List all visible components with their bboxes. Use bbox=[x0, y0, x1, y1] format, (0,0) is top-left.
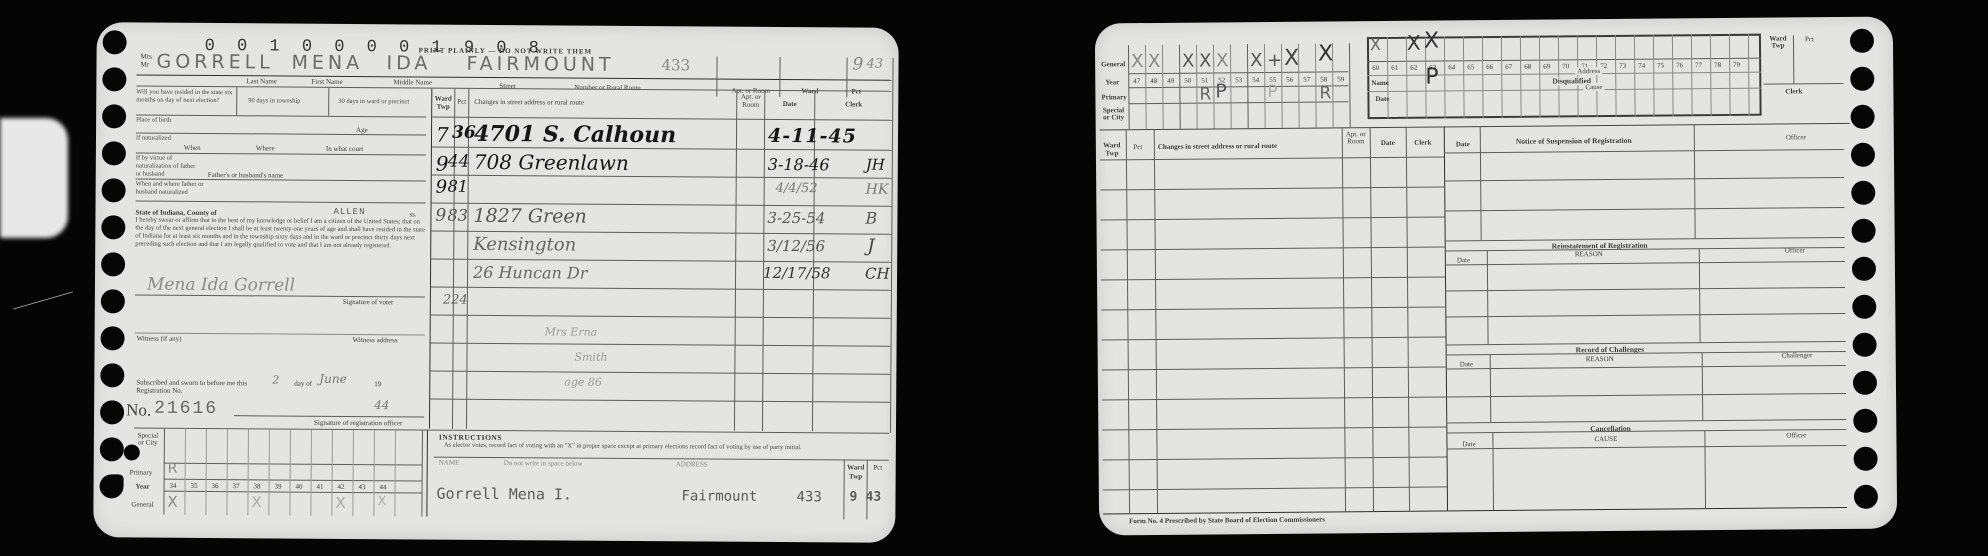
scanner-glare bbox=[0, 118, 68, 238]
pct-value: 43 bbox=[866, 57, 883, 72]
col-header-pct: Pct bbox=[455, 98, 468, 106]
faint-note: Mrs Erna bbox=[545, 325, 598, 338]
subscribed-month: June bbox=[319, 372, 346, 386]
general-mark: X bbox=[377, 494, 386, 509]
grid-label-primary: Primary bbox=[130, 468, 153, 476]
col-header-ward: Ward Twp bbox=[1100, 141, 1124, 157]
subscribed-year: 44 bbox=[374, 398, 389, 412]
punch-hole bbox=[101, 215, 125, 239]
registration-prefix: No. bbox=[126, 400, 151, 420]
future-grid-mark: X bbox=[1407, 31, 1421, 55]
primary-mark: R bbox=[168, 461, 178, 477]
footer-ward-label: Ward Twp bbox=[845, 463, 867, 481]
suspension-date-header: Date bbox=[1456, 140, 1470, 148]
suspension-officer-header: Officer bbox=[1786, 133, 1806, 141]
future-grid-mark: X bbox=[1370, 35, 1381, 54]
footer-name-hint: Do not write in space below bbox=[504, 459, 583, 468]
footer-pct-label: Pct bbox=[868, 464, 888, 472]
general-mark: X bbox=[167, 493, 177, 511]
punch-hole bbox=[1853, 409, 1877, 433]
first-name-value: MENA bbox=[291, 52, 363, 74]
table-row: 9 81 4/4/52 HK bbox=[97, 22, 899, 28]
punch-hole bbox=[1851, 105, 1875, 129]
punch-hole bbox=[102, 141, 126, 165]
typed-pct: 43 bbox=[865, 490, 881, 505]
place-of-birth-label: Place of birth bbox=[136, 116, 176, 124]
challenges-date-header: Date bbox=[1460, 360, 1473, 368]
residency-township: 90 days in township bbox=[248, 97, 308, 105]
punch-hole bbox=[100, 400, 124, 424]
registration-number: 21616 bbox=[154, 399, 218, 419]
punch-hole-small bbox=[124, 444, 140, 460]
col-header-address: Changes in street address or rural route bbox=[474, 98, 584, 107]
faint-note: age 86 bbox=[564, 375, 602, 388]
form-footer: Form No. 4 Prescribed by State Board of … bbox=[1129, 516, 1325, 526]
residency-question: Will you have resided in the state six m… bbox=[136, 88, 236, 105]
punch-hole bbox=[101, 252, 125, 276]
cancellation-officer-header: Officer bbox=[1786, 431, 1806, 439]
reinstatement-date-header: Date bbox=[1457, 256, 1470, 264]
cancellation-cause-header: CAUSE bbox=[1594, 435, 1617, 443]
grid-label-special: Special or City bbox=[134, 432, 162, 446]
col-header-ward: Ward Twp bbox=[432, 95, 454, 111]
punch-hole bbox=[100, 437, 124, 461]
typed-ward: 9 bbox=[849, 489, 857, 504]
grid-label-general: General bbox=[1101, 60, 1125, 68]
house-number-value: 433 bbox=[661, 56, 690, 74]
table-row: 7 36 4701 S. Calhoun 4-11-45 bbox=[97, 22, 899, 28]
reinstatement-reason-header: REASON bbox=[1575, 250, 1603, 258]
punch-hole bbox=[1852, 219, 1876, 243]
header-clerk-label: Clerk bbox=[1785, 87, 1802, 95]
father-naturalized-label: When and where father or husband natural… bbox=[136, 180, 208, 197]
right-grid-primary-marks: R P P R bbox=[1095, 17, 1893, 24]
header-ward-label: Ward Twp bbox=[1767, 35, 1789, 49]
grid-label-year: Year bbox=[136, 482, 150, 490]
col-header-date: Date bbox=[765, 100, 814, 108]
col-header-clerk: Clerk bbox=[815, 100, 892, 109]
future-grid-date-label: Date bbox=[1375, 95, 1389, 103]
cancellation-date-header: Date bbox=[1462, 440, 1475, 448]
witness-address-label: Witness address bbox=[353, 336, 398, 344]
oath-county-value: ALLEN bbox=[333, 207, 365, 217]
table-row: 224 bbox=[97, 22, 899, 28]
col-header-apt: Apt. or Room bbox=[737, 93, 764, 109]
punch-hole bbox=[1852, 295, 1876, 319]
salutation-mr: Mr bbox=[140, 61, 149, 69]
col-header-date: Date bbox=[1372, 139, 1404, 147]
subscribed-day: 2 bbox=[272, 373, 279, 386]
punch-hole bbox=[1853, 371, 1877, 395]
grid-label-year: Year bbox=[1105, 78, 1119, 86]
ward-value: 9 bbox=[852, 54, 863, 74]
father-husband-label: If by virtue of naturalization of father… bbox=[136, 154, 198, 178]
registration-label: Registration No. bbox=[136, 386, 182, 394]
middle-name-value: IDA bbox=[386, 52, 431, 74]
col-header-address: Changes in street address or rural route bbox=[1158, 142, 1277, 151]
punch-hole bbox=[102, 178, 126, 202]
right-grid-general-marks: X X X X X X + X X bbox=[1095, 17, 1893, 24]
punch-hole bbox=[103, 30, 127, 54]
future-grid-mark: X bbox=[1424, 28, 1439, 53]
col-header-clerk: Clerk bbox=[1406, 138, 1440, 146]
subscribed-day-label: day of bbox=[294, 380, 312, 388]
voter-registration-card-back: General Year Primary Special or City 47 … bbox=[1095, 17, 1897, 536]
naturalized-when: When bbox=[184, 144, 201, 152]
future-grid-mark: P bbox=[1425, 64, 1438, 89]
future-grid-cause-label: Cause bbox=[1583, 83, 1604, 91]
grid-label-primary: Primary bbox=[1101, 93, 1126, 101]
scan-scratch bbox=[13, 291, 73, 309]
table-row: 9 83 1827 Green 3-25-54 B bbox=[97, 22, 899, 28]
footer-address-label: ADDRESS bbox=[676, 460, 708, 468]
last-name-value: GORRELL bbox=[156, 51, 273, 74]
label-first-name: First Name bbox=[311, 78, 342, 86]
punch-hole-notched bbox=[99, 474, 123, 498]
future-grid-name-label: Name bbox=[1371, 79, 1389, 87]
officer-signature-label: Signature of registration officer bbox=[314, 419, 402, 428]
col-header-pct: Pct bbox=[1126, 143, 1150, 151]
label-last-name: Last Name bbox=[246, 77, 277, 85]
residency-ward: 30 days in ward or precinct bbox=[338, 98, 418, 107]
punch-hole bbox=[1851, 143, 1875, 167]
table-row: Kensington 3/12/56 J bbox=[97, 22, 899, 28]
naturalized-where: Where bbox=[256, 144, 275, 152]
voting-grid-years: 34 35 36 37 38 39 40 41 42 43 44 bbox=[97, 22, 899, 28]
header-pct-label: Pct bbox=[1805, 35, 1814, 43]
challenges-reason-header: REASON bbox=[1586, 355, 1614, 363]
typed-number: 433 bbox=[796, 489, 821, 505]
grid-label-general: General bbox=[131, 500, 153, 508]
punch-hole bbox=[1850, 29, 1874, 53]
street-value: FAIRMOUNT bbox=[466, 53, 614, 76]
typed-address: Fairmount bbox=[681, 488, 757, 505]
naturalized-court: In what court bbox=[326, 145, 363, 153]
naturalized-label: If naturalized bbox=[136, 134, 178, 142]
faint-note: Smith bbox=[574, 351, 607, 364]
future-grid-address-label: Address bbox=[1575, 67, 1602, 75]
label-middle-name: Middle Name bbox=[393, 78, 432, 86]
punch-hole bbox=[1851, 181, 1875, 205]
oath-ss: ss. bbox=[409, 210, 416, 218]
footer-name-label: NAME bbox=[439, 459, 460, 467]
punch-hole bbox=[102, 67, 126, 91]
oath-text: I hereby swear or affirm that to the bes… bbox=[135, 216, 427, 250]
right-grid-years: 47 48 49 50 51 52 53 54 55 56 57 58 59 bbox=[1095, 17, 1893, 24]
suspension-title: Notice of Suspension of Registration bbox=[1516, 137, 1632, 146]
witness-label: Witness (if any) bbox=[137, 334, 182, 342]
typed-name: Gorrell Mena I. bbox=[436, 485, 572, 504]
age-label: Age bbox=[356, 126, 368, 134]
punch-hole bbox=[1854, 485, 1878, 509]
instructions-text: As elector votes, record fact of voting … bbox=[444, 442, 884, 452]
voter-signature-label: Signature of voter bbox=[343, 298, 394, 306]
punch-hole bbox=[1850, 67, 1874, 91]
subscribed-year-prefix: 19 bbox=[374, 380, 381, 388]
voter-signature: Mena Ida Gorrell bbox=[147, 275, 295, 296]
general-mark: X bbox=[251, 493, 261, 511]
punch-hole bbox=[101, 326, 125, 350]
salutation-mrs: Mrs bbox=[141, 54, 152, 61]
table-row: 26 Huncan Dr 12/17/58 CH bbox=[97, 22, 899, 28]
punch-hole bbox=[101, 289, 125, 313]
punch-hole bbox=[1852, 257, 1876, 281]
table-row: 9 44 708 Greenlawn 3-18-46 JH bbox=[97, 22, 899, 28]
punch-hole bbox=[102, 104, 126, 128]
grid-label-special: Special or City bbox=[1100, 107, 1128, 121]
general-mark: X bbox=[335, 494, 345, 512]
voter-registration-card-front: 0 0 1 0 0 0 0 1 9 0 8 PRINT PLAINLY — DO… bbox=[93, 22, 899, 543]
punch-hole bbox=[100, 363, 124, 387]
punch-hole bbox=[1853, 333, 1877, 357]
col-header-apt: Apt. or Room bbox=[1344, 131, 1368, 145]
punch-hole bbox=[1854, 447, 1878, 471]
future-grid-years: 60 61 62 63 64 65 66 67 68 69 70 71 72 7… bbox=[1095, 17, 1893, 24]
